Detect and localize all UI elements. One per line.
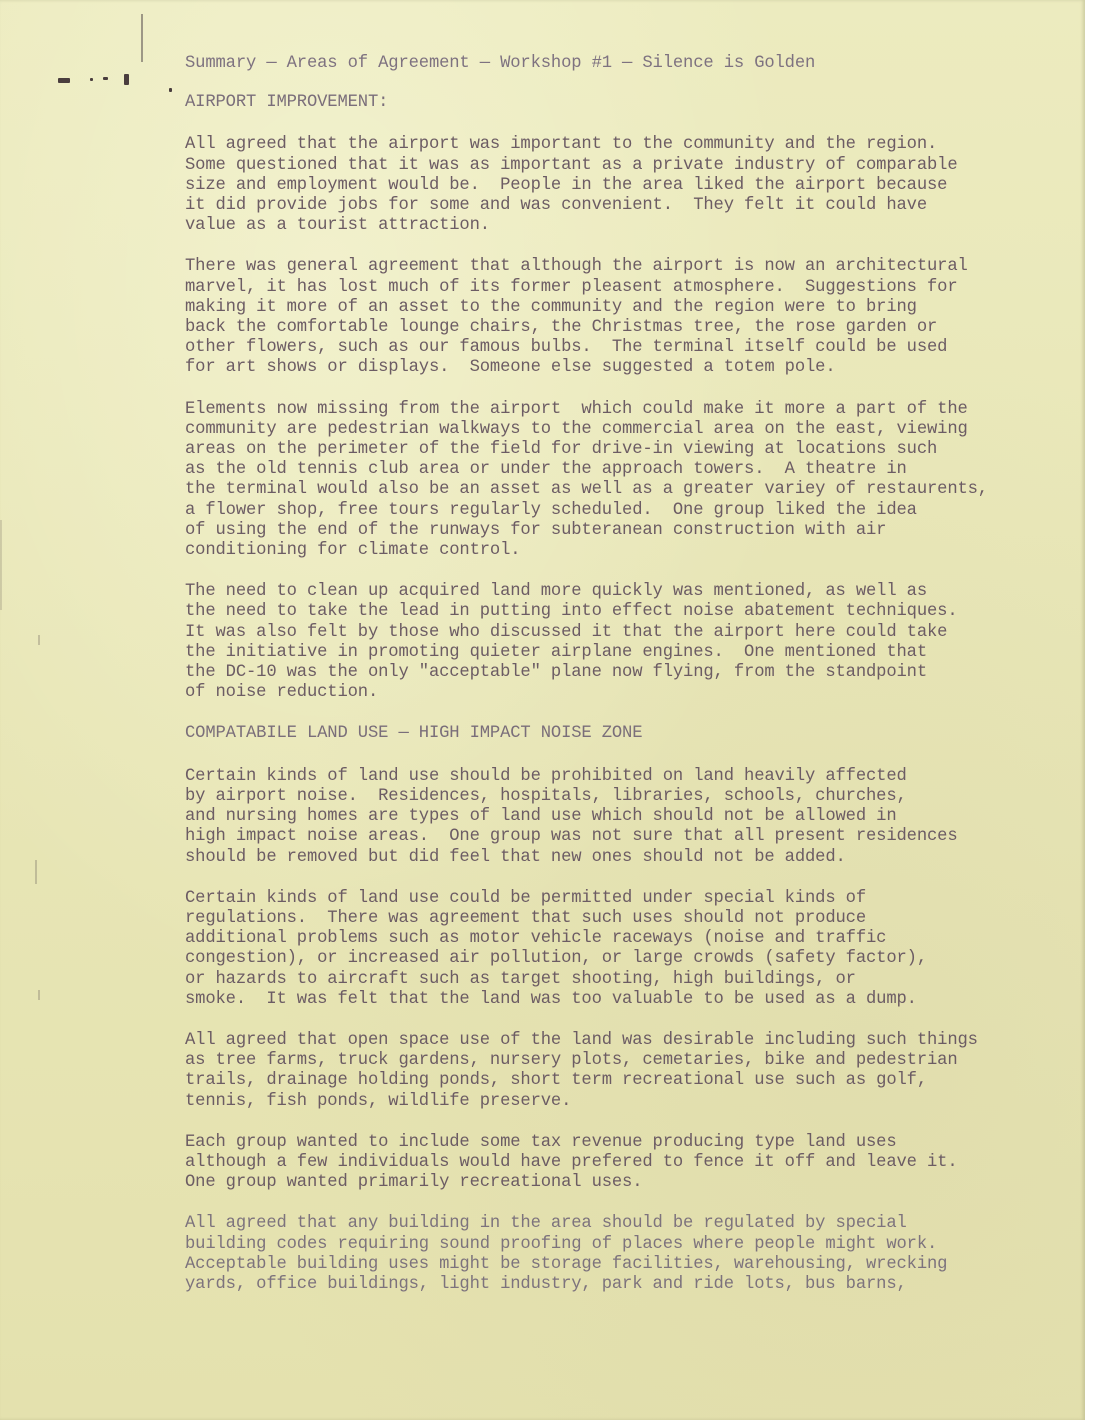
margin-line [38,635,40,645]
text-line: building codes requiring sound proofing … [185,1235,1045,1255]
text-line: areas on the perimeter of the field for … [185,440,1045,460]
text-line: congestion), or increased air pollution,… [185,949,1045,969]
paragraph: Certain kinds of land use could be permi… [185,889,1045,1010]
ink-smudge [58,78,70,83]
section-heading: AIRPORT IMPROVEMENT: [185,93,1045,113]
text-line: other flowers, such as our famous bulbs.… [185,338,1045,358]
paragraph: The need to clean up acquired land more … [185,582,1045,703]
text-line: value as a tourist attraction. [185,216,1045,236]
margin-line [38,990,40,1000]
text-line: Elements now missing from the airport wh… [185,400,1045,420]
text-line: high impact noise areas. One group was n… [185,827,1045,847]
paragraph: There was general agreement that althoug… [185,257,1045,378]
text-line: should be removed but did feel that new … [185,848,1045,868]
document-title: Summary — Areas of Agreement — Workshop … [185,54,1045,74]
text-line: yards, office buildings, light industry,… [185,1275,1045,1295]
scanned-page: Summary — Areas of Agreement — Workshop … [0,0,1085,1420]
text-line: size and employment would be. People in … [185,176,1045,196]
text-line: All agreed that the airport was importan… [185,135,1045,155]
text-line: All agreed that any building in the area… [185,1214,1045,1234]
text-line: by airport noise. Residences, hospitals,… [185,787,1045,807]
text-line: community are pedestrian walkways to the… [185,420,1045,440]
text-line: conditioning for climate control. [185,541,1045,561]
text-line: making it more of an asset to the commun… [185,298,1045,318]
paragraph: All agreed that any building in the area… [185,1214,1045,1295]
text-line: There was general agreement that althoug… [185,257,1045,277]
text-line: the terminal would also be an asset as w… [185,480,1045,500]
text-line: One group wanted primarily recreational … [185,1173,1045,1193]
section-heading: COMPATABILE LAND USE — HIGH IMPACT NOISE… [185,724,1045,744]
text-line: for art shows or displays. Someone else … [185,358,1045,378]
text-line: although a few individuals would have pr… [185,1153,1045,1173]
text-line: marvel, it has lost much of its former p… [185,278,1045,298]
paragraph: Each group wanted to include some tax re… [185,1133,1045,1194]
text-line: as the old tennis club area or under the… [185,460,1045,480]
text-line: additional problems such as motor vehicl… [185,929,1045,949]
text-line: trails, drainage holding ponds, short te… [185,1071,1045,1091]
text-line: it did provide jobs for some and was con… [185,196,1045,216]
text-line: smoke. It was felt that the land was too… [185,990,1045,1010]
margin-line [0,520,2,610]
text-line: the need to take the lead in putting int… [185,602,1045,622]
paragraph: Certain kinds of land use should be proh… [185,767,1045,868]
text-line: or hazards to aircraft such as target sh… [185,970,1045,990]
text-line: a flower shop, free tours regularly sche… [185,501,1045,521]
section-compatible-land-use: COMPATABILE LAND USE — HIGH IMPACT NOISE… [185,724,1045,1295]
staple-mark [141,14,143,62]
text-line: back the comfortable lounge chairs, the … [185,318,1045,338]
text-line: The need to clean up acquired land more … [185,582,1045,602]
paragraph: Elements now missing from the airport wh… [185,400,1045,562]
ink-smudge [124,74,129,85]
text-line: It was also felt by those who discussed … [185,623,1045,643]
document-body: Summary — Areas of Agreement — Workshop … [185,54,1045,1316]
text-line: the DC-10 was the only "acceptable" plan… [185,663,1045,683]
text-line: Certain kinds of land use could be permi… [185,889,1045,909]
text-line: and nursing homes are types of land use … [185,807,1045,827]
text-line: Certain kinds of land use should be proh… [185,767,1045,787]
text-line: regulations. There was agreement that su… [185,909,1045,929]
text-line: Acceptable building uses might be storag… [185,1255,1045,1275]
text-line: tennis, fish ponds, wildlife preserve. [185,1092,1045,1112]
text-line: Each group wanted to include some tax re… [185,1133,1045,1153]
text-line: All agreed that open space use of the la… [185,1031,1045,1051]
text-line: of noise reduction. [185,683,1045,703]
paragraph: All agreed that open space use of the la… [185,1031,1045,1112]
ink-smudge [103,77,108,80]
text-line: Some questioned that it was as important… [185,156,1045,176]
margin-line [35,860,37,884]
ink-smudge [169,88,172,92]
text-line: of using the end of the runways for subt… [185,521,1045,541]
paragraph: All agreed that the airport was importan… [185,135,1045,236]
text-line: as tree farms, truck gardens, nursery pl… [185,1051,1045,1071]
ink-smudge [90,78,93,81]
section-airport-improvement: AIRPORT IMPROVEMENT: All agreed that the… [185,93,1045,703]
text-line: the initiative in promoting quieter airp… [185,643,1045,663]
